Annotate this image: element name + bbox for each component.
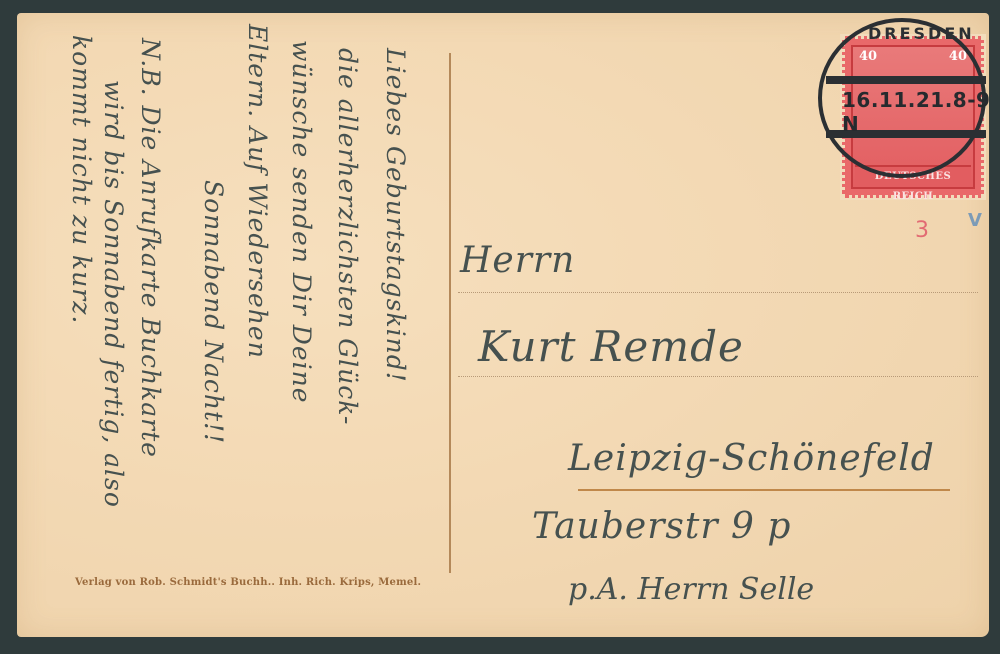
postmark-city: DRESDEN: [868, 24, 975, 43]
postmark-date: 16.11.21.8-9 N: [842, 88, 1000, 136]
city-underline: [578, 489, 950, 491]
message-line: Sonnabend Nacht!!: [199, 180, 228, 444]
message-line: kommt nicht zu kurz.: [67, 35, 96, 324]
message-line: N.B. Die Anrufkarte Buchkarte: [136, 38, 165, 458]
address-city: Leipzig-Schönefeld: [568, 438, 935, 479]
address-street: Tauberstr 9 p: [532, 506, 791, 547]
message-line: wünsche senden Dir Deine: [287, 40, 316, 404]
message-line: Liebes Geburtstagskind!: [381, 48, 410, 383]
divider-line: [449, 53, 451, 573]
postmark-bar: [826, 76, 986, 84]
message-line: wird bis Sonnabend fertig, also: [99, 80, 128, 508]
address-care-of: p.A. Herrn Selle: [568, 572, 814, 607]
address-name: Kurt Remde: [478, 322, 744, 371]
publisher-imprint: Verlag von Rob. Schmidt's Buchh.. Inh. R…: [75, 577, 421, 588]
message-line: die allerherzlichsten Glück-: [333, 48, 362, 425]
pencil-mark: 3: [915, 218, 929, 243]
address-line: [458, 376, 978, 377]
address-salutation: Herrn: [460, 240, 575, 281]
blue-mark: V: [968, 210, 982, 231]
address-line: [458, 292, 978, 293]
message-line: Eltern. Auf Wiedersehen: [243, 24, 272, 359]
